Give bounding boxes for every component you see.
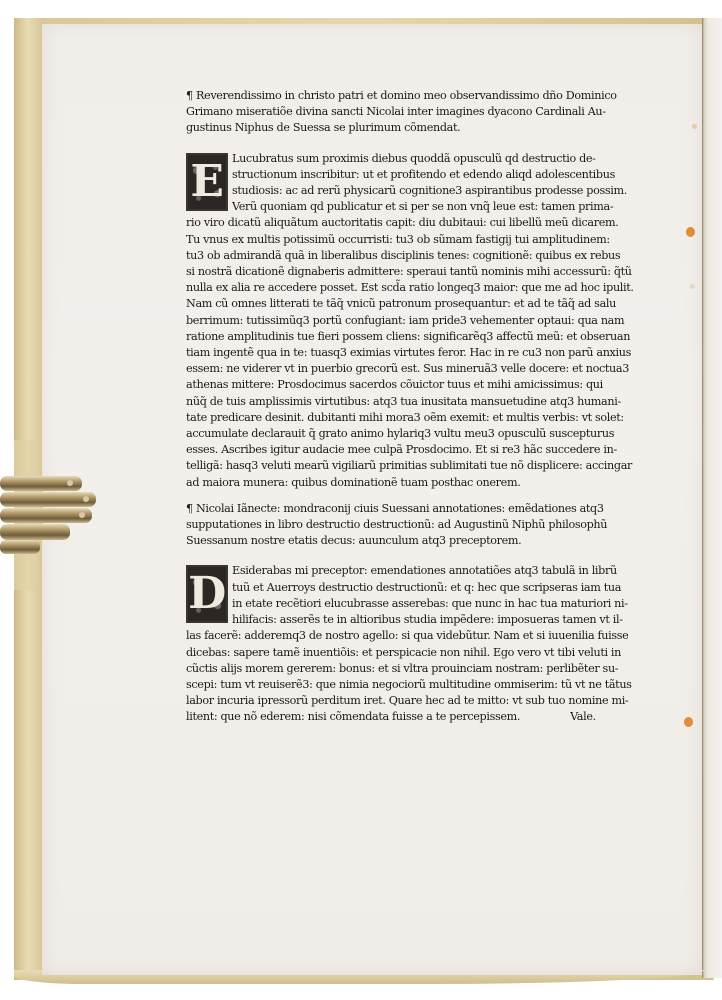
- text-line: tu3 ob admirandã quã in liberalibus disc…: [186, 248, 656, 264]
- facing-page-edge: [702, 18, 722, 978]
- dedication-paragraph: ¶ Reverendissimo in christo patri et dom…: [186, 88, 656, 137]
- text-line: accumulate declarauit q̃ grato animo hyl…: [186, 426, 656, 442]
- text-line: rio viro dicatũ aliquãtum auctoritatis c…: [186, 215, 656, 231]
- text-line: Grimano miseratiõe divina sancti Nicolai…: [186, 104, 656, 120]
- text-line: athenas mittere: Prosdocimus sacerdos cõ…: [186, 377, 656, 393]
- text-line: berrimum: tutissimũq3 portũ confugiant: …: [186, 313, 656, 329]
- text-line: las facerẽ: adderemq3 de nostro agello: …: [186, 628, 656, 644]
- text-line: nũq̃ de tuis amplissimis virtutibus: atq…: [186, 394, 656, 410]
- text-line: gustinus Niphus de Suessa se plurimum cõ…: [186, 120, 656, 136]
- text-line: ad maiora munera: quibus dominationẽ tua…: [186, 475, 656, 491]
- text-line: cũctis alijs morem gererem: bonus: et si…: [186, 661, 656, 677]
- closing-vale: Vale.: [570, 709, 596, 725]
- text-line-content: litent: que nõ ederem: nisi cõmendata fu…: [186, 710, 520, 723]
- printed-text-block: ¶ Reverendissimo in christo patri et dom…: [186, 88, 656, 726]
- text-line: Lucubratus sum proximis diebus quoddã op…: [186, 151, 656, 167]
- text-line: ratione amplitudinis tue fieri possem cl…: [186, 329, 656, 345]
- text-line: scepi: tum vt reuiserẽ3: que nimia negoc…: [186, 677, 656, 693]
- text-line: esses. Ascribes igitur audacie mee culpã…: [186, 442, 656, 458]
- foxing-spot: [684, 717, 693, 727]
- text-line: Verũ quoniam qd publicatur et si per se …: [186, 199, 656, 215]
- text-line: tate predicare desinit. dubitanti mihi m…: [186, 410, 656, 426]
- letter-one-paragraph: E Lucubratus sum proximis diebus quoddã …: [186, 151, 656, 491]
- text-line: Esiderabas mi preceptor: emendationes an…: [186, 563, 656, 579]
- text-line: structionum inscribitur: ut et profitend…: [186, 167, 656, 183]
- foxing-spot: [690, 284, 695, 289]
- text-line: Tu vnus ex multis potissimũ occurristi: …: [186, 232, 656, 248]
- text-line: tiam ingentẽ qua in te: tuasq3 eximias v…: [186, 345, 656, 361]
- text-line: telligã: hasq3 veluti mearũ vigiliarũ pr…: [186, 458, 656, 474]
- text-line: hilifacis: asserẽs te in altioribus stud…: [186, 612, 656, 628]
- text-line: studiosis: ac ad rerũ physicarũ cognitio…: [186, 183, 656, 199]
- text-line: essem: ne viderer vt in puerbio grecorũ …: [186, 361, 656, 377]
- text-line: nulla ex alia re accedere posset. Est sc…: [186, 280, 656, 296]
- text-line: Suessanum nostre etatis decus: auunculum…: [186, 533, 656, 549]
- woodcut-initial-d: D: [186, 565, 228, 623]
- brass-clasp-icon: [0, 440, 100, 590]
- text-line: in etate recẽtiori elucubrasse asserebas…: [186, 596, 656, 612]
- text-line: si nostrã dicationẽ dignaberis admittere…: [186, 264, 656, 280]
- text-line: supputationes in libro destructio destru…: [186, 517, 656, 533]
- foxing-spot: [686, 227, 695, 237]
- text-line: Nam cũ omnes litterati te tãq̃ vnicũ pat…: [186, 296, 656, 312]
- annotations-heading-paragraph: ¶ Nicolai Iãnecte: mondraconij ciuis Sue…: [186, 501, 656, 550]
- text-line: labor incuria ipressorũ perditum iret. Q…: [186, 693, 656, 709]
- text-line: litent: que nõ ederem: nisi cõmendata fu…: [186, 709, 656, 725]
- text-line: dicebas: sapere tamẽ inuentiõis: et pers…: [186, 645, 656, 661]
- letter-two-paragraph: D Esiderabas mi preceptor: emendationes …: [186, 563, 656, 725]
- woodcut-initial-e: E: [186, 153, 228, 211]
- text-line: tuũ et Auerroys destructio destructionũ:…: [186, 580, 656, 596]
- text-line: ¶ Nicolai Iãnecte: mondraconij ciuis Sue…: [186, 501, 656, 517]
- text-line: ¶ Reverendissimo in christo patri et dom…: [186, 88, 656, 104]
- foxing-spot: [692, 124, 697, 129]
